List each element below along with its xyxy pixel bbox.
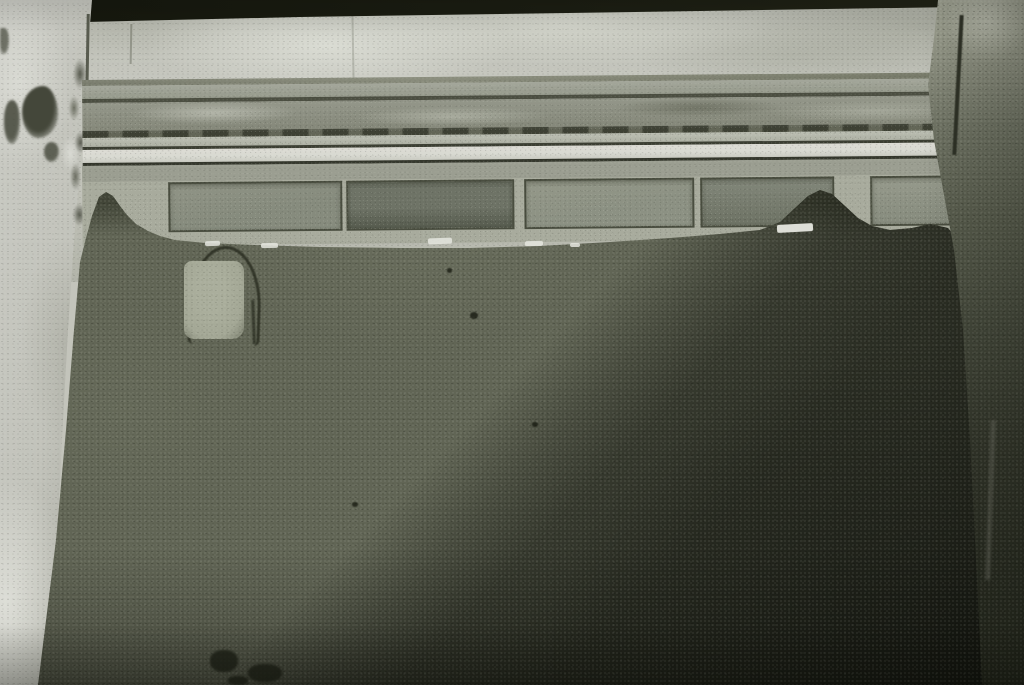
plaster-tick <box>525 241 543 246</box>
wall-speck <box>447 268 452 273</box>
wall-speck <box>532 422 538 427</box>
frieze-panel <box>168 181 342 233</box>
pilaster-hole-large <box>22 86 58 138</box>
cornice-moulding <box>82 72 963 166</box>
wall-speck <box>470 312 478 319</box>
photo-frame <box>0 0 1024 685</box>
pilaster-hole-corner <box>0 28 9 54</box>
plaster-tick <box>205 241 220 247</box>
frieze-panel <box>346 179 514 230</box>
pilaster-hole-small <box>44 142 59 162</box>
frieze-panel <box>524 178 694 229</box>
plaster-tick <box>570 243 580 247</box>
pilaster-hole-left <box>4 100 20 144</box>
debris-spot <box>210 650 238 672</box>
wall-repair-patch <box>184 261 244 339</box>
plaster-tick <box>261 243 278 248</box>
plaster-tick <box>428 238 452 245</box>
debris-spot <box>228 676 248 685</box>
wall-speck <box>352 502 358 507</box>
debris-spot <box>248 664 282 682</box>
